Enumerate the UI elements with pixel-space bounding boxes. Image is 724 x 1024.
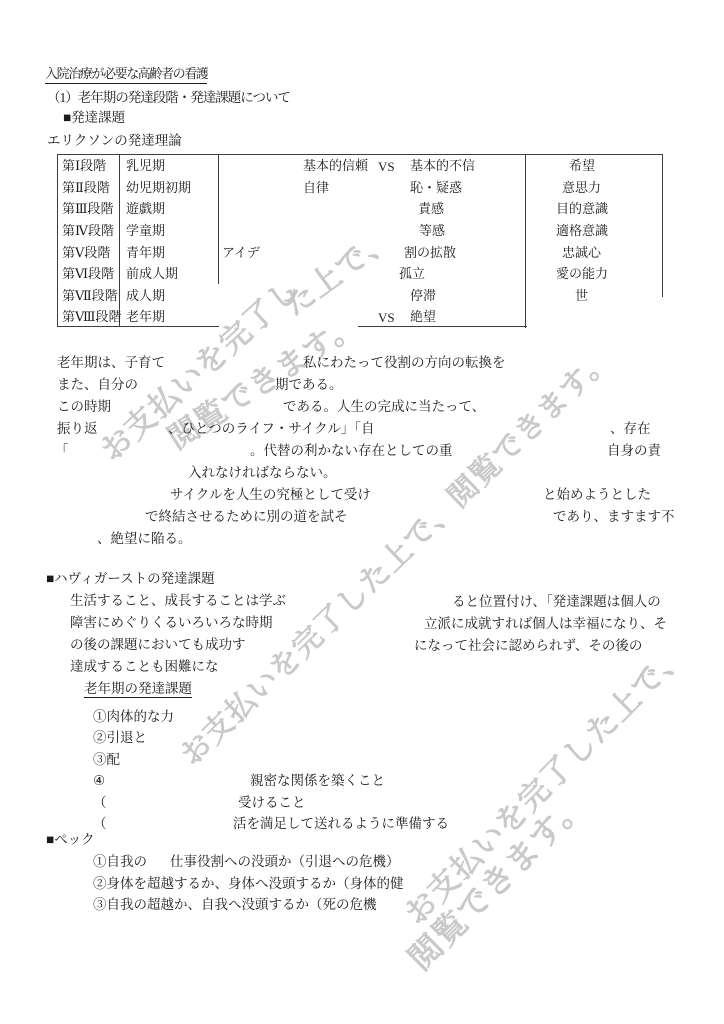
table-cell: 第Ⅶ段階 xyxy=(62,289,118,304)
list-item: 仕事役割への没頭か（引退への危機） xyxy=(170,854,400,869)
table-cell: 学童期 xyxy=(126,224,165,239)
text-layer: 入院治療が必要な高齢者の看護（1）老年期の発達段階・発達課題について■発達課題エ… xyxy=(0,0,724,1024)
body-text: ると位置付け、「発達課題は個人の xyxy=(452,594,661,609)
body-text: 生活すること、成長することは学ぶ xyxy=(70,593,286,608)
body-text: サイクルを人生の究極として受け xyxy=(170,487,371,502)
table-cell: 割の拡散 xyxy=(404,246,456,261)
table-cell: 前成人期 xyxy=(126,267,178,282)
section-heading: ■ハヴィガーストの発達課題 xyxy=(46,571,215,586)
table-cell: 適格意識 xyxy=(556,224,608,239)
body-text: である。人生の完成に当たって、 xyxy=(283,399,485,414)
section-heading: ■発達課題 xyxy=(63,110,125,125)
body-text: 老年期は、子育て xyxy=(57,355,165,370)
table-cell: 第Ⅷ段階 xyxy=(62,310,121,325)
body-text: と始めようとした xyxy=(543,487,651,502)
list-item: 活を満足して送れるように準備する xyxy=(233,816,449,831)
body-text: 立派に成就すれば個人は幸福になり、そ xyxy=(424,616,667,631)
doc-subtitle: （1）老年期の発達段階・発達課題について xyxy=(47,90,290,105)
table-cell: 意思力 xyxy=(562,181,601,196)
table-cell: 基本的不信 xyxy=(410,159,475,174)
table-cell: 停滞 xyxy=(410,289,436,304)
body-text: 。代替の利かない存在としての重 xyxy=(250,443,453,458)
table-cell: 恥・疑惑 xyxy=(410,181,462,196)
body-text: 達成することも困難にな xyxy=(70,659,219,674)
list-item: 受けること xyxy=(238,795,306,810)
list-item: 親密な関係を築くこと xyxy=(250,773,385,788)
body-text: 、存在 xyxy=(610,421,651,436)
table-cell: 絶望 xyxy=(410,310,436,325)
body-text: 、ひとつのライフ・サイクル」「自 xyxy=(168,421,375,436)
table-cell: 自律 xyxy=(303,181,329,196)
section-heading: ■ペック xyxy=(46,832,95,847)
table-cell: アイデ xyxy=(222,246,260,261)
body-text: になって社会に認められず、その後の xyxy=(414,638,642,653)
table-caption: エリクソンの発達理論 xyxy=(47,133,182,148)
table-cell: 第Ⅰ段階 xyxy=(62,159,106,174)
body-text: この時期 xyxy=(57,399,111,414)
table-cell: 老年期 xyxy=(126,310,165,325)
table-cell: 第Ⅱ段階 xyxy=(62,181,110,196)
table-cell: VS xyxy=(378,160,395,175)
body-text: 振り返 xyxy=(57,421,98,436)
body-text: 入れなければならない。 xyxy=(188,465,337,480)
table-cell: 幼児期初期 xyxy=(126,181,191,196)
table-cell: VS xyxy=(378,311,395,326)
table-cell: 遊戯期 xyxy=(126,202,165,217)
table-cell: 第Ⅴ段階 xyxy=(62,246,110,261)
body-text: 、絶望に陥る。 xyxy=(97,531,192,546)
list-item: （ xyxy=(93,816,107,831)
body-text: 「 xyxy=(55,443,69,458)
body-text: であり、ますます不 xyxy=(553,509,675,524)
table-cell: 基本的信頼 xyxy=(303,159,368,174)
subsection-heading: 老年期の発達課題 xyxy=(84,681,192,698)
list-item: （ xyxy=(93,795,107,810)
table-cell: 乳児期 xyxy=(126,159,165,174)
table-cell: 希望 xyxy=(569,159,595,174)
list-item: ④ xyxy=(93,773,105,788)
table-cell: 愛の能力 xyxy=(556,267,608,282)
list-item: ①肉体的な力 xyxy=(93,709,174,724)
list-item: ③配 xyxy=(93,752,120,767)
table-cell: 責感 xyxy=(418,202,444,217)
list-item: ①自我の xyxy=(93,854,147,869)
body-text: 障害にめぐりくるいろいろな時期 xyxy=(70,615,273,630)
body-text: 私にわたって役割の方向の転換を xyxy=(303,355,506,370)
doc-title: 入院治療が必要な高齢者の看護 xyxy=(45,67,207,84)
list-item: ②引退と xyxy=(93,730,147,745)
body-text: また、自分の xyxy=(57,377,138,392)
table-cell: 世 xyxy=(575,289,588,304)
list-item: ②身体を超越するか、身体へ没頭するか（身体的健 xyxy=(93,876,404,891)
table-cell: 孤立 xyxy=(399,267,425,282)
body-text: 期である。 xyxy=(275,377,343,392)
body-text: で終結させるために別の道を試そ xyxy=(145,509,348,524)
table-cell: 目的意識 xyxy=(556,202,608,217)
table-cell: 第Ⅲ段階 xyxy=(62,202,114,217)
table-cell: 等感 xyxy=(419,224,445,239)
table-cell: 青年期 xyxy=(126,246,165,261)
list-item: ③自我の超越か、自我へ没頭するか（死の危機 xyxy=(93,897,377,912)
document-page: お支払いを完了した上で、閲覧できます。お支払いを完了した上で、閲覧できます。お支… xyxy=(0,0,724,1024)
table-cell: 成人期 xyxy=(126,289,165,304)
body-text: 自身の責 xyxy=(607,443,661,458)
table-cell: 第Ⅳ段階 xyxy=(62,224,114,239)
table-cell: 忠誠心 xyxy=(562,246,601,261)
body-text: の後の課題においても成功す xyxy=(70,637,246,652)
table-cell: 第Ⅵ段階 xyxy=(62,267,114,282)
